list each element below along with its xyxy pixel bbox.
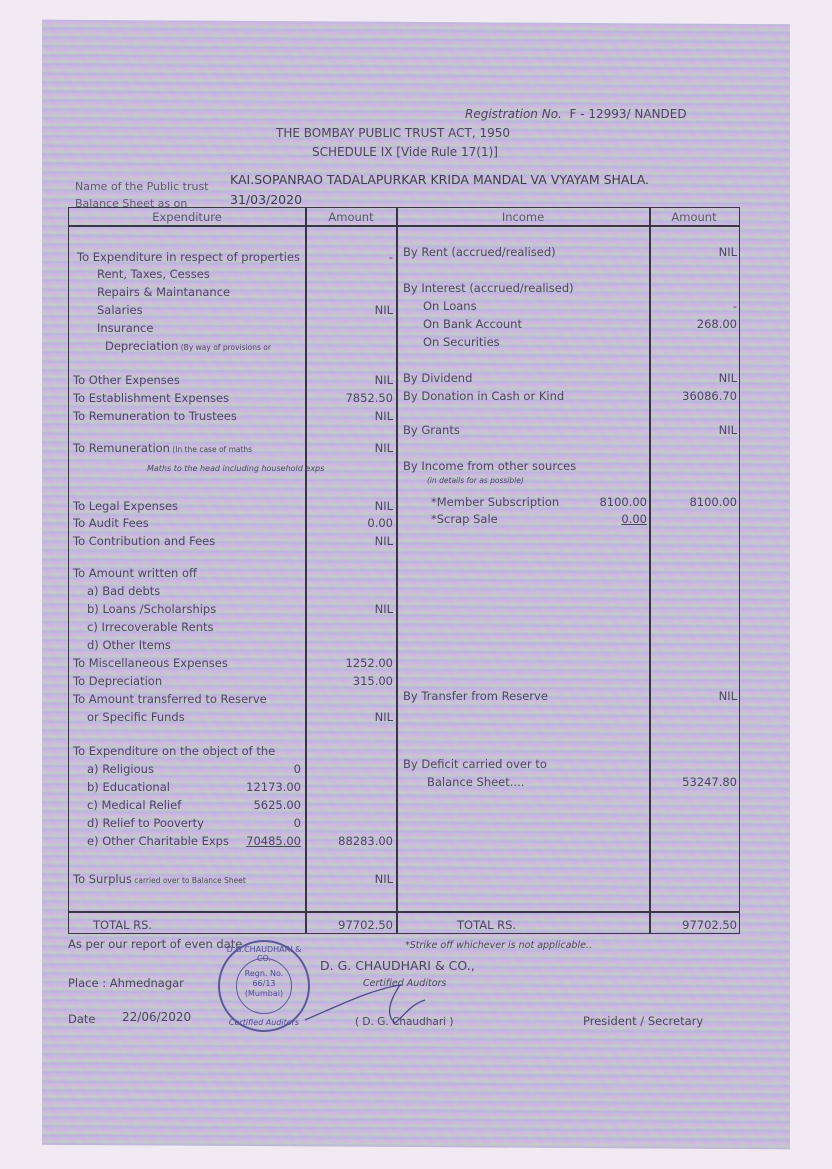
row-label: or Specific Funds — [87, 710, 185, 724]
row-label: To Depreciation — [73, 674, 162, 688]
row-label: To Establishment Expenses — [73, 391, 229, 405]
table-row-income: By Grants — [403, 423, 460, 437]
table-row-expenditure: To Miscellaneous Expenses — [73, 656, 228, 670]
column-divider — [396, 208, 398, 933]
row-amount: NIL — [306, 441, 393, 455]
row-amount: 88283.00 — [306, 834, 393, 848]
row-amount: NIL — [306, 303, 393, 317]
table-row-income: On Loans — [423, 299, 477, 313]
row-amount: NIL — [650, 371, 737, 385]
row-amount: 7852.50 — [306, 391, 393, 405]
table-row-expenditure: b) Educational — [87, 780, 170, 794]
registration-number: Registration No. F - 12993/ NANDED — [465, 107, 687, 121]
row-label: Maths to the head including household ex… — [147, 464, 324, 473]
row-label: To Amount transferred to Reserve — [73, 692, 267, 706]
table-row-expenditure: d) Other Items — [87, 638, 171, 652]
signature-mark — [300, 975, 440, 1035]
row-amount: - — [306, 250, 393, 264]
row-amount: NIL — [650, 245, 737, 259]
table-row-expenditure: To Amount transferred to Reserve — [73, 692, 267, 706]
table-row-expenditure: To Contribution and Fees — [73, 534, 215, 548]
table-row-expenditure: b) Loans /Scholarships — [87, 602, 216, 616]
row-note: (In the case of maths — [170, 445, 252, 454]
total-right: 97702.50 — [650, 918, 737, 932]
table-row-expenditure: or Specific Funds — [87, 710, 185, 724]
total-divider — [69, 911, 739, 913]
row-label: a) Religious — [87, 762, 154, 776]
row-sub-amount: 70485.00 — [219, 834, 301, 848]
auditor-firm: D. G. CHAUDHARI & CO., — [320, 958, 475, 973]
schedule-title: SCHEDULE IX [Vide Rule 17(1)] — [312, 145, 498, 159]
table-row-expenditure: To Remuneration to Trustees — [73, 409, 237, 423]
table-row-expenditure: To Remuneration (In the case of maths — [73, 441, 252, 455]
row-label: To Miscellaneous Expenses — [73, 656, 228, 670]
table-row-income: *Scrap Sale — [431, 512, 498, 526]
table-row-expenditure: To Audit Fees — [73, 516, 149, 530]
table-row-income: On Securities — [423, 335, 500, 349]
row-amount: NIL — [306, 872, 393, 886]
stamp-center-text: Regn. No. 66/13 (Mumbai) — [236, 958, 292, 1014]
row-label: To Expenditure on the object of the — [73, 744, 275, 758]
table-row-income: By Donation in Cash or Kind — [403, 389, 564, 403]
row-sub-amount: 0.00 — [559, 512, 647, 526]
table-row-expenditure: To Amount written off — [73, 566, 197, 580]
row-label: a) Bad debts — [87, 584, 160, 598]
auditor-stamp: D.G.CHAUDHARI & CO. Regn. No. 66/13 (Mum… — [218, 940, 310, 1032]
table-row-income: *Member Subscription — [431, 495, 559, 509]
table-row-expenditure: To Establishment Expenses — [73, 391, 229, 405]
act-title: THE BOMBAY PUBLIC TRUST ACT, 1950 — [276, 126, 510, 140]
row-label: c) Medical Relief — [87, 798, 181, 812]
table-row-expenditure: Salaries — [97, 303, 143, 317]
strike-note: *Strike off whichever is not applicable.… — [405, 940, 592, 951]
registration-value: F - 12993/ NANDED — [570, 107, 687, 121]
row-label: To Remuneration — [73, 441, 170, 455]
date-label: Date — [68, 1012, 96, 1026]
row-label: Rent, Taxes, Cesses — [97, 267, 210, 281]
signatories: President / Secretary — [583, 1014, 703, 1028]
table-row-expenditure: e) Other Charitable Exps — [87, 834, 229, 848]
income-expenditure-table: Expenditure Amount Income Amount TOTAL R… — [68, 207, 740, 934]
row-label: To Remuneration to Trustees — [73, 409, 237, 423]
table-row-expenditure: Repairs & Maintanance — [97, 285, 230, 299]
table-row-expenditure: a) Religious — [87, 762, 154, 776]
row-amount: 53247.80 — [650, 775, 737, 789]
table-row-expenditure: Depreciation (By way of provisions or — [105, 339, 271, 353]
table-row-income: By Deficit carried over to — [403, 757, 547, 771]
table-row-income: (in details for as possible) — [427, 476, 524, 485]
row-amount: 268.00 — [650, 317, 737, 331]
row-label: d) Relief to Pooverty — [87, 816, 204, 830]
row-label: To Audit Fees — [73, 516, 149, 530]
table-row-expenditure: Rent, Taxes, Cesses — [97, 267, 210, 281]
table-row-expenditure: To Expenditure in respect of properties — [77, 250, 300, 264]
row-sub-amount: 5625.00 — [219, 798, 301, 812]
row-label: c) Irrecoverable Rents — [87, 620, 214, 634]
stamp-ring-bottom-text: Certified Auditors — [220, 1018, 308, 1027]
row-label: d) Other Items — [87, 638, 171, 652]
table-row-expenditure: c) Irrecoverable Rents — [87, 620, 214, 634]
table-row-expenditure: To Legal Expenses — [73, 499, 178, 513]
row-label: To Surplus — [73, 872, 132, 886]
row-label: To Expenditure in respect of properties — [77, 250, 300, 264]
registration-label: Registration No. — [465, 107, 562, 121]
column-header-expenditure: Expenditure — [69, 210, 305, 224]
row-amount: NIL — [650, 689, 737, 703]
row-amount: 0.00 — [306, 516, 393, 530]
total-left: 97702.50 — [306, 918, 393, 932]
row-sub-amount: 8100.00 — [559, 495, 647, 509]
table-row-income: By Rent (accrued/realised) — [403, 245, 556, 259]
table-row-expenditure: d) Relief to Pooverty — [87, 816, 204, 830]
row-label: Insurance — [97, 321, 153, 335]
row-amount: 36086.70 — [650, 389, 737, 403]
row-amount: NIL — [306, 499, 393, 513]
total-label-right: TOTAL RS. — [457, 918, 516, 932]
report-note: As per our report of even date — [68, 937, 242, 951]
row-amount: NIL — [306, 602, 393, 616]
column-header-income: Income — [397, 210, 649, 224]
table-row-income: By Interest (accrued/realised) — [403, 281, 574, 295]
trust-name-label: Name of the Public trust — [75, 180, 209, 193]
total-label-left: TOTAL RS. — [93, 918, 152, 932]
row-amount: 315.00 — [306, 674, 393, 688]
table-row-expenditure: a) Bad debts — [87, 584, 160, 598]
header-divider — [69, 225, 739, 227]
table-row-expenditure: c) Medical Relief — [87, 798, 181, 812]
row-amount: NIL — [306, 710, 393, 724]
table-row-income: By Dividend — [403, 371, 472, 385]
row-label: b) Educational — [87, 780, 170, 794]
row-sub-amount: 0 — [219, 816, 301, 830]
column-header-amount-left: Amount — [306, 210, 396, 224]
table-row-expenditure: To Expenditure on the object of the — [73, 744, 275, 758]
column-header-amount-right: Amount — [650, 210, 738, 224]
place-label: Place : Ahmednagar — [68, 976, 184, 990]
table-row-expenditure: To Depreciation — [73, 674, 162, 688]
table-row-expenditure: To Surplus carried over to Balance Sheet — [73, 872, 246, 886]
table-row-expenditure: Maths to the head including household ex… — [147, 460, 324, 474]
row-amount: NIL — [306, 373, 393, 387]
row-amount: 8100.00 — [650, 495, 737, 509]
row-amount: NIL — [306, 409, 393, 423]
row-label: To Contribution and Fees — [73, 534, 215, 548]
row-amount: NIL — [306, 534, 393, 548]
balance-sheet-date: 31/03/2020 — [230, 192, 302, 207]
row-label: To Other Expenses — [73, 373, 180, 387]
row-sub-amount: 12173.00 — [219, 780, 301, 794]
row-label: To Legal Expenses — [73, 499, 178, 513]
row-label: Salaries — [97, 303, 143, 317]
row-label: e) Other Charitable Exps — [87, 834, 229, 848]
table-row-income: By Transfer from Reserve — [403, 689, 548, 703]
row-label: Repairs & Maintanance — [97, 285, 230, 299]
row-label: b) Loans /Scholarships — [87, 602, 216, 616]
row-label: Depreciation — [105, 339, 178, 353]
trust-name: KAI.SOPANRAO TADALAPURKAR KRIDA MANDAL V… — [230, 172, 649, 187]
row-amount: - — [650, 299, 737, 313]
row-sub-amount: 0 — [219, 762, 301, 776]
row-note: (By way of provisions or — [178, 343, 271, 352]
table-row-expenditure: To Other Expenses — [73, 373, 180, 387]
table-row-income: Balance Sheet.... — [427, 775, 524, 789]
row-label: To Amount written off — [73, 566, 197, 580]
row-note: carried over to Balance Sheet — [132, 876, 246, 885]
row-amount: NIL — [650, 423, 737, 437]
report-date: 22/06/2020 — [122, 1010, 191, 1024]
table-row-expenditure: Insurance — [97, 321, 153, 335]
row-amount: 1252.00 — [306, 656, 393, 670]
table-row-income: By Income from other sources — [403, 459, 576, 473]
table-row-income: On Bank Account — [423, 317, 522, 331]
